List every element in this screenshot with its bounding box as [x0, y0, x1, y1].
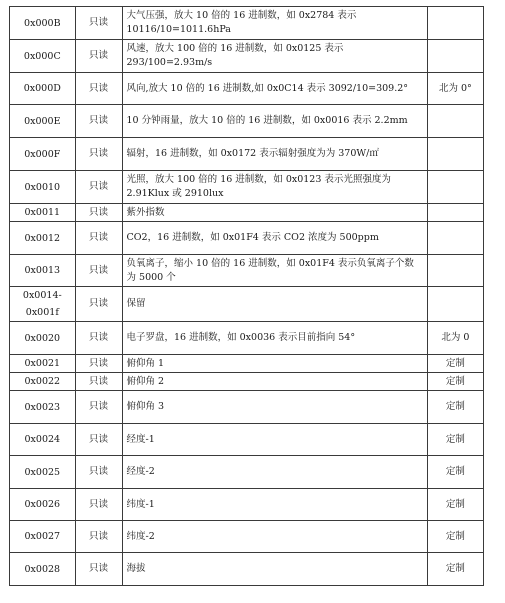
register-note: 北为 0 — [427, 322, 483, 355]
register-description: 光照，放大 100 倍的 16 进制数，如 0x0123 表示光照强度为 2.9… — [122, 171, 427, 204]
register-access: 只读 — [75, 424, 122, 456]
register-note: 定制 — [427, 373, 483, 391]
register-description: 经度-1 — [122, 424, 427, 456]
register-description: 俯仰角 1 — [122, 355, 427, 373]
table-row: 0x0027 只读 纬度-2 定制 — [10, 521, 484, 553]
register-note — [427, 222, 483, 255]
register-access: 只读 — [75, 222, 122, 255]
register-address: 0x0020 — [10, 322, 76, 355]
table-row: 0x000D 只读 风向,放大 10 倍的 16 进制数,如 0x0C14 表示… — [10, 73, 484, 105]
register-address: 0x0025 — [10, 456, 76, 489]
register-address: 0x0010 — [10, 171, 76, 204]
table-row: 0x0022 只读 俯仰角 2 定制 — [10, 373, 484, 391]
register-note: 定制 — [427, 391, 483, 424]
register-address: 0x000C — [10, 40, 76, 73]
register-note — [427, 204, 483, 222]
register-address: 0x0013 — [10, 255, 76, 287]
register-note — [427, 138, 483, 171]
register-description: 电子罗盘，16 进制数，如 0x0036 表示目前指向 54° — [122, 322, 427, 355]
register-address: 0x0026 — [10, 489, 76, 521]
register-note: 北为 0° — [427, 73, 483, 105]
register-note — [427, 7, 483, 40]
register-table: 0x000B 只读 大气压强，放大 10 倍的 16 进制数，如 0x2784 … — [9, 6, 484, 586]
register-description: 纬度-1 — [122, 489, 427, 521]
table-row: 0x000E 只读 10 分钟雨量，放大 10 倍的 16 进制数，如 0x00… — [10, 105, 484, 138]
table-row: 0x000B 只读 大气压强，放大 10 倍的 16 进制数，如 0x2784 … — [10, 7, 484, 40]
register-address: 0x000F — [10, 138, 76, 171]
register-note: 定制 — [427, 355, 483, 373]
table-row: 0x0023 只读 俯仰角 3 定制 — [10, 391, 484, 424]
register-address: 0x000B — [10, 7, 76, 40]
register-note — [427, 40, 483, 73]
register-description: 10 分钟雨量，放大 10 倍的 16 进制数，如 0x0016 表示 2.2m… — [122, 105, 427, 138]
register-description: 辐射，16 进制数，如 0x0172 表示辐射强度为为 370W/㎡ — [122, 138, 427, 171]
register-access: 只读 — [75, 373, 122, 391]
register-address: 0x0011 — [10, 204, 76, 222]
register-note: 定制 — [427, 424, 483, 456]
register-access: 只读 — [75, 105, 122, 138]
register-description: 纬度-2 — [122, 521, 427, 553]
table-row: 0x0020 只读 电子罗盘，16 进制数，如 0x0036 表示目前指向 54… — [10, 322, 484, 355]
table-row: 0x0014-0x001f 只读 保留 — [10, 287, 484, 322]
register-address: 0x0012 — [10, 222, 76, 255]
register-access: 只读 — [75, 138, 122, 171]
register-description: 保留 — [122, 287, 427, 322]
table-row: 0x0025 只读 经度-2 定制 — [10, 456, 484, 489]
register-address: 0x000E — [10, 105, 76, 138]
table-row: 0x0010 只读 光照，放大 100 倍的 16 进制数，如 0x0123 表… — [10, 171, 484, 204]
register-access: 只读 — [75, 171, 122, 204]
register-access: 只读 — [75, 73, 122, 105]
register-note: 定制 — [427, 489, 483, 521]
register-access: 只读 — [75, 7, 122, 40]
register-access: 只读 — [75, 489, 122, 521]
register-access: 只读 — [75, 255, 122, 287]
register-description: 经度-2 — [122, 456, 427, 489]
register-access: 只读 — [75, 391, 122, 424]
register-description: 俯仰角 3 — [122, 391, 427, 424]
register-address: 0x0024 — [10, 424, 76, 456]
register-access: 只读 — [75, 287, 122, 322]
register-note — [427, 105, 483, 138]
register-access: 只读 — [75, 322, 122, 355]
register-description: 紫外指数 — [122, 204, 427, 222]
register-description: 风向,放大 10 倍的 16 进制数,如 0x0C14 表示 3092/10=3… — [122, 73, 427, 105]
register-address: 0x0027 — [10, 521, 76, 553]
register-access: 只读 — [75, 521, 122, 553]
register-note: 定制 — [427, 553, 483, 586]
register-description: 海拔 — [122, 553, 427, 586]
register-access: 只读 — [75, 456, 122, 489]
register-address: 0x0028 — [10, 553, 76, 586]
register-note — [427, 287, 483, 322]
table-row: 0x000C 只读 风速，放大 100 倍的 16 进制数，如 0x0125 表… — [10, 40, 484, 73]
register-description: 俯仰角 2 — [122, 373, 427, 391]
register-description: 大气压强，放大 10 倍的 16 进制数，如 0x2784 表示 10116/1… — [122, 7, 427, 40]
register-address: 0x0023 — [10, 391, 76, 424]
table-row: 0x0026 只读 纬度-1 定制 — [10, 489, 484, 521]
register-access: 只读 — [75, 40, 122, 73]
table-row: 0x0021 只读 俯仰角 1 定制 — [10, 355, 484, 373]
register-note — [427, 171, 483, 204]
table-row: 0x0012 只读 CO2，16 进制数，如 0x01F4 表示 CO2 浓度为… — [10, 222, 484, 255]
table-row: 0x0028 只读 海拔 定制 — [10, 553, 484, 586]
register-table-body: 0x000B 只读 大气压强，放大 10 倍的 16 进制数，如 0x2784 … — [10, 7, 484, 586]
register-description: 负氧离子，缩小 10 倍的 16 进制数，如 0x01F4 表示负氧离子个数为 … — [122, 255, 427, 287]
register-access: 只读 — [75, 204, 122, 222]
register-description: CO2，16 进制数，如 0x01F4 表示 CO2 浓度为 500ppm — [122, 222, 427, 255]
table-row: 0x0011 只读 紫外指数 — [10, 204, 484, 222]
register-note: 定制 — [427, 521, 483, 553]
table-row: 0x0024 只读 经度-1 定制 — [10, 424, 484, 456]
register-access: 只读 — [75, 355, 122, 373]
register-access: 只读 — [75, 553, 122, 586]
register-description: 风速，放大 100 倍的 16 进制数，如 0x0125 表示 293/100=… — [122, 40, 427, 73]
table-row: 0x0013 只读 负氧离子，缩小 10 倍的 16 进制数，如 0x01F4 … — [10, 255, 484, 287]
register-address: 0x000D — [10, 73, 76, 105]
register-note: 定制 — [427, 456, 483, 489]
register-address: 0x0022 — [10, 373, 76, 391]
register-address: 0x0021 — [10, 355, 76, 373]
table-row: 0x000F 只读 辐射，16 进制数，如 0x0172 表示辐射强度为为 37… — [10, 138, 484, 171]
register-address: 0x0014-0x001f — [10, 287, 76, 322]
register-note — [427, 255, 483, 287]
